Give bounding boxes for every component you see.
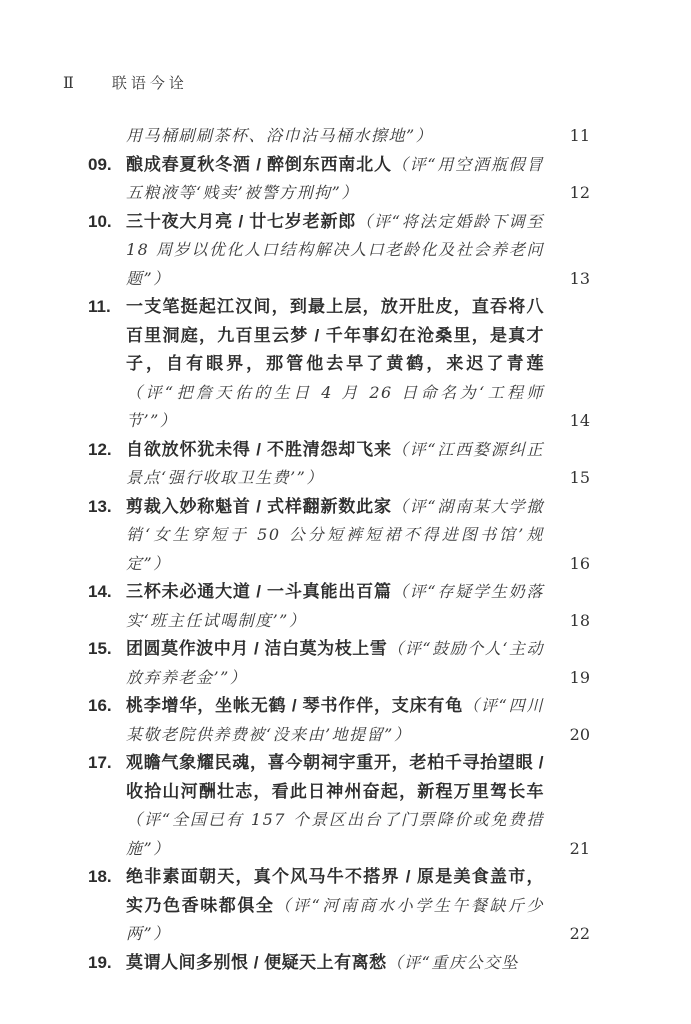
entry-couplet: 三十夜大月亮 / 廿七岁老新郎 bbox=[126, 212, 356, 231]
entry-text: 剪裁入妙称魁首 / 式样翻新数此家（评“湖南某大学撤销‘女生穿短于 50 公分短… bbox=[126, 493, 544, 579]
entry-couplet: 观瞻气象耀民魂，喜今朝祠宇重开，老柏千寻抬望眼 / 收拾山河酬壮志，看此日神州奋… bbox=[126, 753, 544, 801]
entry-number: 15. bbox=[88, 635, 126, 692]
entry-text: 莫谓人间多别恨 / 便疑天上有离愁（评“重庆公交坠 bbox=[126, 949, 544, 978]
toc-entry: 19. 莫谓人间多别恨 / 便疑天上有离愁（评“重庆公交坠 bbox=[88, 949, 590, 978]
entry-couplet: 剪裁入妙称魁首 / 式样翻新数此家 bbox=[126, 497, 392, 516]
entry-page-number: 15 bbox=[544, 464, 590, 493]
book-title: 联语今诠 bbox=[112, 72, 188, 93]
entry-comment: （评“重庆公交坠 bbox=[387, 953, 519, 972]
toc-entry: 18. 绝非素面朝天，真个风马牛不搭界 / 原是美食盖市，实乃色香味都俱全（评“… bbox=[88, 863, 590, 949]
toc-entry: 15. 团圆莫作波中月 / 洁白莫为枝上雪（评“鼓励个人‘主动放弃养老金’”） … bbox=[88, 635, 590, 692]
entry-text: 桃李增华，坐帐无鹤 / 琴书作伴，支床有龟（评“四川某敬老院供养费被‘没来由’地… bbox=[126, 692, 544, 749]
entry-number: 12. bbox=[88, 436, 126, 493]
entry-couplet: 莫谓人间多别恨 / 便疑天上有离愁 bbox=[126, 953, 387, 972]
entry-number bbox=[88, 122, 126, 151]
entry-number: 09. bbox=[88, 151, 126, 208]
entry-number: 10. bbox=[88, 208, 126, 294]
entry-page-number: 11 bbox=[544, 122, 590, 151]
toc-entry: 14. 三杯未必通大道 / 一斗真能出百篇（评“存疑学生奶落实‘班主任试喝制度’… bbox=[88, 578, 590, 635]
entry-couplet: 一支笔挺起江汉间，到最上层，放开肚皮，直吞将八百里洞庭，九百里云梦 / 千年事幻… bbox=[126, 297, 544, 373]
entry-number: 19. bbox=[88, 949, 126, 978]
entry-number: 14. bbox=[88, 578, 126, 635]
toc-entry: 17. 观瞻气象耀民魂，喜今朝祠宇重开，老柏千寻抬望眼 / 收拾山河酬壮志，看此… bbox=[88, 749, 590, 863]
entry-page-number: 19 bbox=[544, 664, 590, 693]
entry-couplet: 桃李增华，坐帐无鹤 / 琴书作伴，支床有龟 bbox=[126, 696, 463, 715]
entry-text: 三十夜大月亮 / 廿七岁老新郎（评“将法定婚龄下调至 18 周岁以优化人口结构解… bbox=[126, 208, 544, 294]
entry-text: 团圆莫作波中月 / 洁白莫为枝上雪（评“鼓励个人‘主动放弃养老金’”） bbox=[126, 635, 544, 692]
entry-number: 13. bbox=[88, 493, 126, 579]
toc-entry: 12. 自欲放怀犹未得 / 不胜清怨却飞来（评“江西婺源纠正景点‘强行收取卫生费… bbox=[88, 436, 590, 493]
entry-text: 观瞻气象耀民魂，喜今朝祠宇重开，老柏千寻抬望眼 / 收拾山河酬壮志，看此日神州奋… bbox=[126, 749, 544, 863]
entry-text: 酿成春夏秋冬酒 / 醉倒东西南北人（评“用空酒瓶假冒五粮液等‘贱卖’被警方刑拘”… bbox=[126, 151, 544, 208]
running-head: Ⅱ 联语今诠 bbox=[63, 72, 188, 93]
entry-page-number: 20 bbox=[544, 721, 590, 750]
toc-entry: 用马桶刷刷茶杯、浴巾沾马桶水擦地”） 11 bbox=[88, 122, 590, 151]
toc-entry: 09. 酿成春夏秋冬酒 / 醉倒东西南北人（评“用空酒瓶假冒五粮液等‘贱卖’被警… bbox=[88, 151, 590, 208]
entry-comment: （评“把詹天佑的生日 4 月 26 日命名为‘工程师节’”） bbox=[126, 383, 544, 431]
toc-entry: 16. 桃李增华，坐帐无鹤 / 琴书作伴，支床有龟（评“四川某敬老院供养费被‘没… bbox=[88, 692, 590, 749]
toc-entry: 10. 三十夜大月亮 / 廿七岁老新郎（评“将法定婚龄下调至 18 周岁以优化人… bbox=[88, 208, 590, 294]
table-of-contents: 用马桶刷刷茶杯、浴巾沾马桶水擦地”） 11 09. 酿成春夏秋冬酒 / 醉倒东西… bbox=[88, 122, 590, 977]
book-page: Ⅱ 联语今诠 用马桶刷刷茶杯、浴巾沾马桶水擦地”） 11 09. 酿成春夏秋冬酒… bbox=[0, 0, 691, 1024]
toc-entry: 11. 一支笔挺起江汉间，到最上层，放开肚皮，直吞将八百里洞庭，九百里云梦 / … bbox=[88, 293, 590, 436]
entry-number: 17. bbox=[88, 749, 126, 863]
entry-text: 三杯未必通大道 / 一斗真能出百篇（评“存疑学生奶落实‘班主任试喝制度’”） bbox=[126, 578, 544, 635]
entry-text: 绝非素面朝天，真个风马牛不搭界 / 原是美食盖市，实乃色香味都俱全（评“河南商水… bbox=[126, 863, 544, 949]
entry-comment: 用马桶刷刷茶杯、浴巾沾马桶水擦地”） bbox=[126, 126, 433, 145]
entry-page-number: 12 bbox=[544, 179, 590, 208]
entry-page-number: 13 bbox=[544, 265, 590, 294]
entry-page-number: 18 bbox=[544, 607, 590, 636]
entry-text: 一支笔挺起江汉间，到最上层，放开肚皮，直吞将八百里洞庭，九百里云梦 / 千年事幻… bbox=[126, 293, 544, 436]
entry-text: 用马桶刷刷茶杯、浴巾沾马桶水擦地”） bbox=[126, 122, 544, 151]
entry-page-number: 22 bbox=[544, 920, 590, 949]
page-folio: Ⅱ bbox=[63, 73, 74, 92]
entry-couplet: 团圆莫作波中月 / 洁白莫为枝上雪 bbox=[126, 639, 387, 658]
entry-couplet: 自欲放怀犹未得 / 不胜清怨却飞来 bbox=[126, 440, 392, 459]
entry-page-number: 14 bbox=[544, 407, 590, 436]
entry-couplet: 三杯未必通大道 / 一斗真能出百篇 bbox=[126, 582, 392, 601]
entry-comment: （评“全国已有 157 个景区出台了门票降价或免费措施”） bbox=[126, 810, 544, 858]
entry-page-number: 16 bbox=[544, 550, 590, 579]
entry-text: 自欲放怀犹未得 / 不胜清怨却飞来（评“江西婺源纠正景点‘强行收取卫生费’”） bbox=[126, 436, 544, 493]
entry-number: 18. bbox=[88, 863, 126, 949]
entry-number: 16. bbox=[88, 692, 126, 749]
entry-number: 11. bbox=[88, 293, 126, 436]
entry-page-number: 21 bbox=[544, 835, 590, 864]
toc-entry: 13. 剪裁入妙称魁首 / 式样翻新数此家（评“湖南某大学撤销‘女生穿短于 50… bbox=[88, 493, 590, 579]
entry-couplet: 酿成春夏秋冬酒 / 醉倒东西南北人 bbox=[126, 155, 392, 174]
